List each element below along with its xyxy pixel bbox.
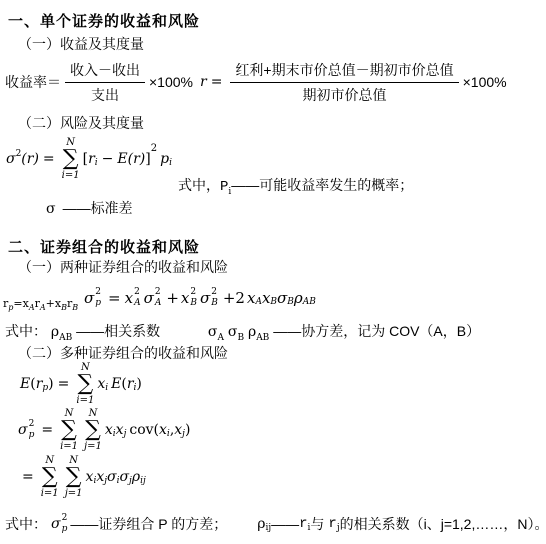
equals-sign: = [41, 422, 53, 438]
greek-rho: ρ [132, 469, 140, 485]
sup-sub-stack: 2A [134, 287, 141, 310]
greek-sigma: σ [84, 289, 94, 307]
section1-sub-income: （一）收益及其度量 [18, 34, 144, 54]
greek-rho: ρ [257, 516, 265, 532]
sum-lower-limit: i=1 [41, 488, 59, 500]
summation: N ∑ j=1 [84, 408, 102, 453]
formula-lhs: 收益率＝ [5, 72, 61, 92]
formula-variance: σ 2 (r) = N ∑ i=1 [ r i − E(r) ] 2 p i [6, 133, 172, 185]
math-var-r: r [36, 376, 43, 392]
greek-rho: ρ [294, 289, 303, 307]
subscript-i: i [167, 429, 170, 439]
subscript-A: A [217, 333, 224, 343]
close-paren: ) [48, 376, 53, 392]
sigma-sum-icon: ∑ [77, 373, 93, 395]
subscript-A: A [29, 303, 35, 312]
summation: N ∑ i=1 [41, 455, 59, 500]
note-text: ——可能收益率发生的概率； [231, 177, 413, 193]
equals-x: =x [13, 297, 28, 310]
sum-lower-limit: i=1 [62, 170, 80, 182]
document-page: 一、单个证券的收益和风险 （一）收益及其度量 收益率＝ 收入－收出 支出 ×10… [0, 0, 546, 544]
subscript-ij: ij [140, 476, 146, 486]
multiplier: ×100% [149, 74, 193, 90]
minus-sign: − [102, 151, 114, 167]
subscript-A: A [40, 303, 46, 312]
subscript-p: p [42, 383, 48, 393]
subscript-B: B [72, 303, 78, 312]
greek-sigma: σ [18, 422, 28, 438]
math-var-r: r [328, 516, 336, 532]
note-text: ——协方差，记为 COV（A，B） [273, 323, 480, 339]
summation: N ∑ i=1 [60, 408, 78, 453]
greek-rho: ρ [248, 324, 256, 340]
subscript-j: j [182, 429, 185, 439]
math-var-x: x [181, 289, 189, 307]
math-var-p: p [160, 151, 169, 167]
equals-sign: = [211, 74, 223, 90]
section2-sub-multi: （二）多种证券组合的收益和风险 [18, 343, 228, 363]
sigma-sum-icon: ∑ [85, 419, 101, 441]
subscript-j: j [129, 476, 132, 486]
greek-sigma: σ [200, 289, 210, 307]
subscript-i: i [93, 476, 96, 486]
subscript-p: p [62, 524, 68, 535]
section2-sub-two: （一）两种证券组合的收益和风险 [18, 257, 228, 277]
subscript-p: p [29, 430, 35, 441]
sigma-sum-icon: ∑ [66, 466, 82, 488]
greek-sigma: σ [46, 201, 56, 217]
equals-sign: = [22, 469, 34, 485]
superscript-2: 2 [211, 287, 217, 298]
note-probability: 式中，Pi——可能收益率发生的概率； [178, 175, 413, 195]
superscript-2: 2 [134, 287, 140, 298]
section1-sub-risk: （二）风险及其度量 [18, 113, 144, 133]
formula-yield-cn: 收益率＝ 收入－收出 支出 ×100% [5, 56, 193, 108]
greek-rho: ρ [51, 324, 59, 340]
math-var-x: x [174, 422, 182, 438]
subscript-AB: AB [256, 333, 269, 343]
greek-sigma: σ [107, 469, 117, 485]
close-paren: ) [185, 422, 190, 438]
equals-sign: = [43, 151, 55, 167]
note-bottom: 式中： σ 2p ——证券组合 P 的方差； ρij —— ri 与 rj 的相… [5, 506, 546, 542]
subscript-B: B [211, 298, 218, 309]
math-var-r: r [200, 74, 207, 90]
subscript-B: B [61, 303, 67, 312]
superscript-2: 2 [29, 419, 35, 430]
subscript-A: A [134, 298, 141, 309]
sup-sub-stack: 2B [190, 287, 197, 310]
superscript-2: 2 [155, 287, 161, 298]
subscript-i: i [134, 383, 137, 393]
math-var-r: r [127, 376, 134, 392]
superscript-2: 2 [16, 149, 22, 159]
math-var-x: x [86, 469, 94, 485]
note-prefix: 式中： [5, 323, 47, 339]
subscript-j: j [337, 523, 340, 533]
subscript-i: i [169, 158, 172, 168]
subscript-i: i [308, 523, 311, 533]
section2-heading: 二、证券组合的收益和风险 [8, 236, 200, 257]
note-stddev: σ——标准差 [46, 198, 133, 218]
summation: N ∑ i=1 [62, 137, 80, 182]
note-text: 的相关系数（i、j=1,2,……，N）。 [340, 514, 546, 534]
subscript-B: B [237, 333, 244, 343]
denominator: 期初市价总值 [303, 83, 387, 105]
plus-x: +x [46, 297, 61, 310]
sup-sub-stack: 2p [29, 419, 35, 442]
summation: N ∑ i=1 [76, 362, 94, 407]
section1-heading: 一、单个证券的收益和风险 [8, 10, 200, 31]
note-covariance: 式中： ρAB ——相关系数 σA σB ρAB ——协方差，记为 COV（A，… [5, 321, 480, 341]
superscript-2: 2 [151, 143, 157, 154]
subscript-i: i [113, 429, 116, 439]
subscript-A: A [155, 298, 162, 309]
superscript-2: 2 [95, 287, 101, 298]
sum-lower-limit: i=1 [76, 395, 94, 407]
close-paren: ) [136, 376, 141, 392]
sum-lower-limit: j=1 [65, 488, 83, 500]
note-dash: —— [271, 516, 299, 532]
formula-portfolio-variance-rho: = N ∑ i=1 N ∑ j=1 xi xj σi σj ρij [18, 454, 146, 500]
note-text: ——标准差 [63, 200, 133, 216]
greek-sigma: σ [51, 516, 61, 532]
greek-sigma: σ [277, 289, 287, 307]
cov-function: cov [129, 422, 153, 438]
note-prefix: 式中： [5, 514, 47, 534]
math-var-r: r [88, 151, 95, 167]
math-var-x: x [97, 376, 105, 392]
note-prefix: 式中， [178, 177, 220, 193]
subscript-B: B [287, 297, 294, 307]
subscript-ij: ij [265, 523, 271, 533]
multiplier: ×100% [463, 74, 507, 90]
subscript-i: i [117, 476, 120, 486]
sup-sub-stack: 2p [62, 513, 68, 536]
sup-sub-stack: 2p [95, 287, 101, 310]
math-var-x: x [116, 422, 124, 438]
subscript-j: j [104, 476, 107, 486]
superscript-2: 2 [190, 287, 196, 298]
subscript-p: p [8, 303, 13, 312]
plus-sign: + [166, 289, 179, 307]
math-var-x: x [159, 422, 167, 438]
greek-sigma: σ [144, 289, 154, 307]
math-var-x: x [125, 289, 133, 307]
summation: N ∑ j=1 [65, 455, 83, 500]
formula-yield-r: r = 红利+期末市价总值－期初市价总值 期初市价总值 ×100% [200, 56, 507, 108]
note-text: ——相关系数 [76, 323, 160, 339]
sup-sub-stack: 2A [155, 287, 162, 310]
subscript-AB: AB [303, 297, 316, 307]
sum-lower-limit: i=1 [60, 441, 78, 453]
subscript-A: A [255, 297, 262, 307]
subscript-j: j [124, 429, 127, 439]
math-var-r: r [299, 516, 307, 532]
arg-r: (r) [21, 151, 39, 167]
formula-portfolio-variance-cov: σ 2p = N ∑ i=1 N ∑ j=1 xi xj cov(xi,xj) [18, 407, 190, 453]
numerator: 收入－收出 [65, 60, 145, 83]
formula-two-asset-variance: σ 2p = x 2A σ 2A + x 2B σ 2B +2 x A x B … [84, 282, 316, 314]
subscript-B: B [190, 298, 197, 309]
note-text: 与 [310, 514, 324, 534]
subscript-i: i [105, 383, 108, 393]
note-text: ——证券组合 P 的方差； [70, 514, 227, 534]
subscript-B: B [270, 297, 277, 307]
sum-lower-limit: j=1 [84, 441, 102, 453]
sigma-sum-icon: ∑ [42, 466, 58, 488]
subscript-p: p [95, 298, 101, 309]
greek-sigma: σ [119, 469, 129, 485]
greek-sigma: σ [228, 324, 238, 340]
equals-sign: = [108, 289, 121, 307]
sup-sub-stack: 2B [211, 287, 218, 310]
formula-expected-return: E(rp) = N ∑ i=1 xi E(ri) [20, 361, 142, 407]
sigma-sum-icon: ∑ [63, 148, 79, 170]
superscript-2: 2 [62, 513, 68, 524]
plus-two: +2 [223, 289, 245, 307]
math-var-x: x [105, 422, 113, 438]
subscript-AB: AB [59, 333, 72, 343]
math-var-E: E [111, 376, 121, 392]
denominator: 支出 [91, 83, 119, 105]
expected-value: E(r) [117, 151, 145, 167]
math-var-E: E [20, 376, 30, 392]
subscript-i: i [95, 158, 98, 168]
sigma-sum-icon: ∑ [61, 419, 77, 441]
numerator: 红利+期末市价总值－期初市价总值 [230, 60, 458, 83]
subscript-i: i [228, 187, 231, 197]
fraction: 红利+期末市价总值－期初市价总值 期初市价总值 [230, 60, 458, 105]
equals-sign: = [58, 376, 70, 392]
greek-sigma: σ [6, 151, 16, 167]
fraction: 收入－收出 支出 [65, 60, 145, 105]
formula-rp: rp=xArA+xBrB [3, 297, 78, 310]
